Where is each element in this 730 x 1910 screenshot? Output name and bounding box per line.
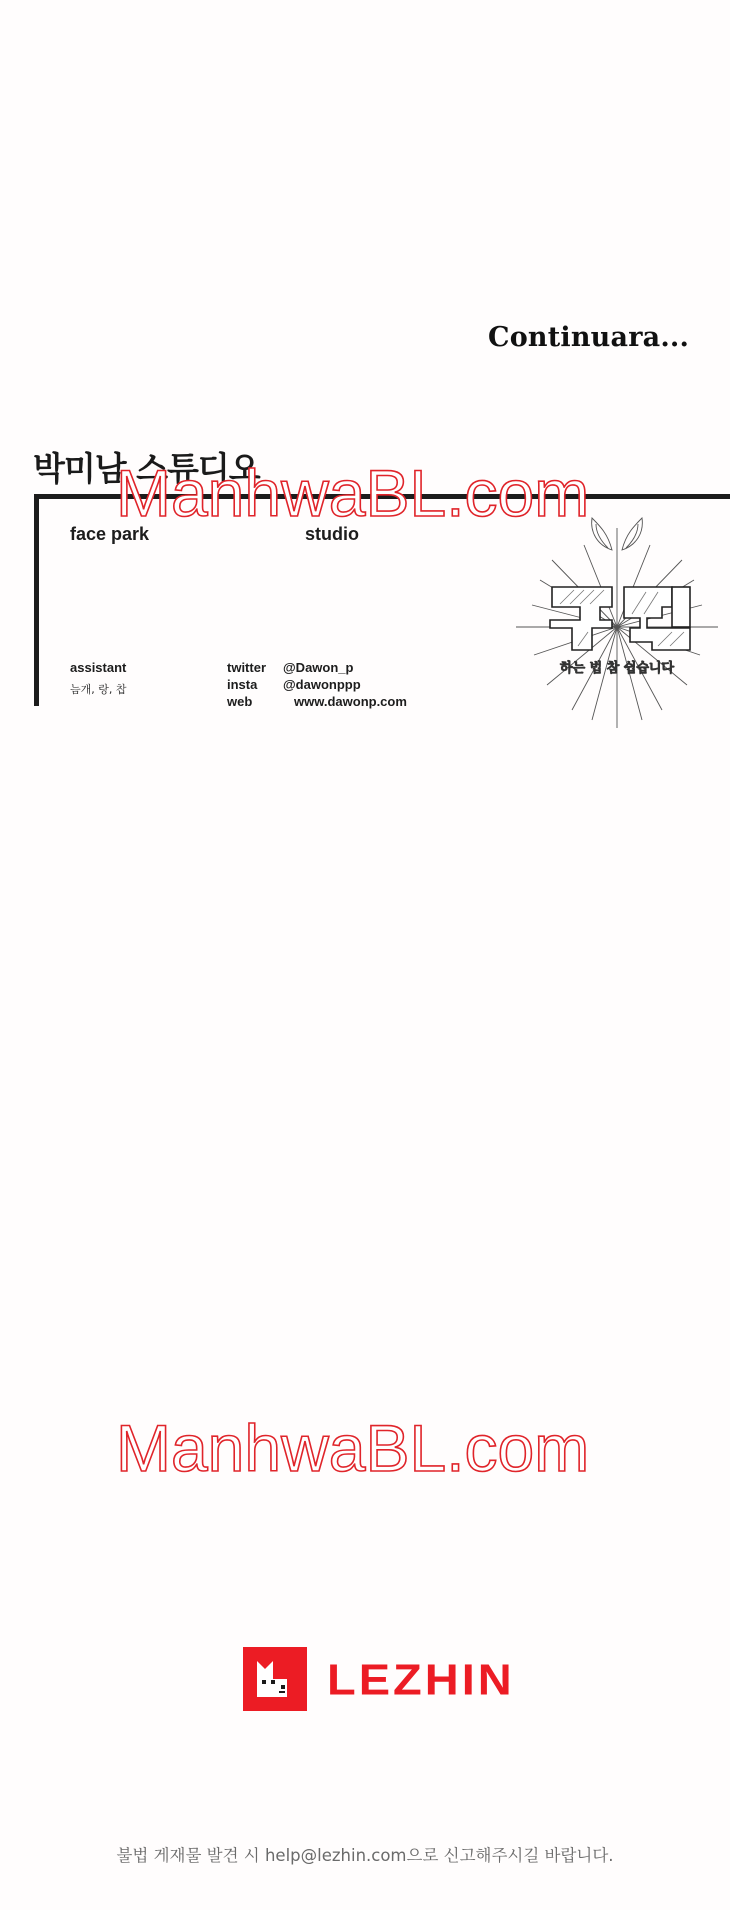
assistant-label: assistant (70, 660, 126, 675)
lezhin-wordmark: LEZHIN (327, 1657, 515, 1700)
lezhin-logo: LEZHIN (243, 1647, 515, 1711)
contact-key-insta: insta (227, 677, 257, 692)
watermark-text: ManhwaBL.com (116, 455, 589, 531)
piracy-report-notice: 불법 게재물 발견 시 help@lezhin.com으로 신고해주시길 바랍니… (0, 1842, 730, 1866)
title-logo-emblem-icon: 하는 법 참 쉽습니다 (512, 510, 722, 735)
contact-value-twitter[interactable]: @Dawon_p (283, 660, 353, 675)
contact-value-web[interactable]: www.dawonp.com (294, 694, 407, 709)
continue-text: Continuara... (488, 322, 689, 353)
frame-left-line (34, 494, 39, 706)
contact-key-web: web (227, 694, 252, 709)
lezhin-fox-icon (243, 1647, 307, 1711)
svg-text:하는 법 참 쉽습니다: 하는 법 참 쉽습니다 (559, 660, 674, 676)
assistant-names: 늠개, 랑, 찹 (70, 681, 127, 697)
contact-key-twitter: twitter (227, 660, 266, 675)
contact-value-insta[interactable]: @dawonppp (283, 677, 361, 692)
watermark-text: ManhwaBL.com (116, 1410, 589, 1486)
